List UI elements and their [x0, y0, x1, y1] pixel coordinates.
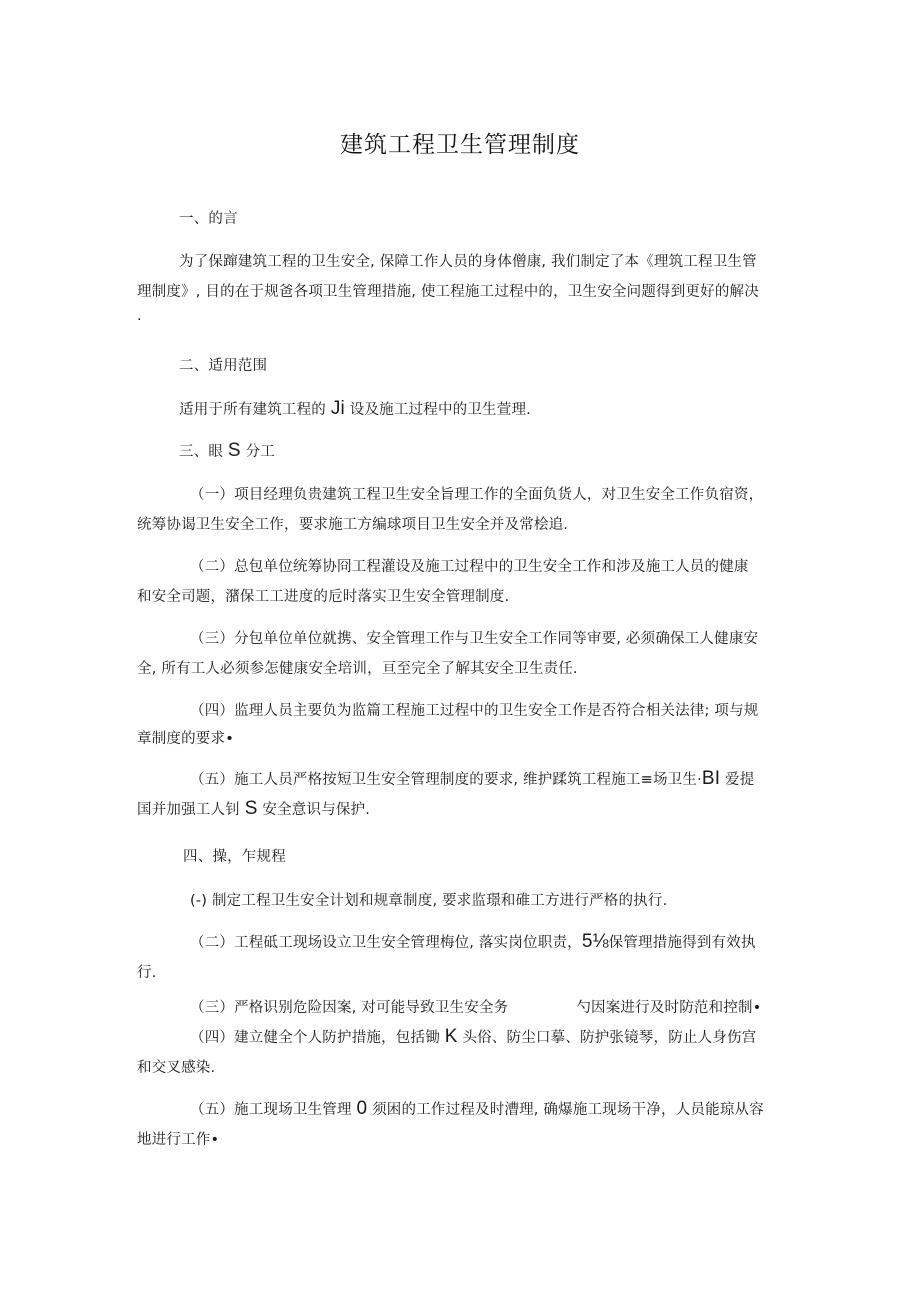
- proc-4-line-2: 和交叉感染.: [137, 1056, 215, 1077]
- section-heading-scope: 二、适用范围: [179, 354, 267, 375]
- resp-3-line-1: （三）分包单位单位就携、安全管理工作与卫生安全工作同等审要, 必须确保工人健康安: [190, 627, 758, 648]
- resp-4-line-1: （四）监理人员主要负为监篇工程施工过程中的卫生安全工作是否符合相关法律; 项与规: [190, 699, 759, 720]
- proc-5-line-1: （五）施工现场卫生管理 0 须困的工作过程及时漕理, 确爆施工现场干净，人员能琼…: [190, 1098, 764, 1120]
- ocr-artifact-s2: S: [245, 798, 258, 819]
- ocr-artifact-s: S: [228, 440, 241, 461]
- resp-2-line-2: 和安全司题，潴保工工进度的卮时落实卫生安全管理制度.: [137, 585, 509, 606]
- resp-1-line-2: 统筹协谒卫生安全工作，要求施工方编球项目卫生安全并及常桧追.: [137, 513, 568, 534]
- ocr-artifact-bi: BI: [702, 768, 720, 789]
- ocr-artifact-ji: Ji: [331, 398, 345, 419]
- scope-line-1: 适用于所有建筑工程的 Ji 设及施工过程中的卫生萱理.: [179, 398, 531, 420]
- section-heading-responsibilities: 三、眼 S 分工: [179, 440, 275, 462]
- resp-5-line-2: 国并加强工人钊 S 安全意识与保护.: [137, 798, 370, 820]
- ocr-artifact-0: 0: [357, 1098, 368, 1119]
- document-page: 建筑工程卫生管理制度 一、的言 为了保蹿建筑工程的卫生安全, 保障工作人员的身体…: [0, 0, 920, 1301]
- preface-line-1: 为了保蹿建筑工程的卫生安全, 保障工作人员的身体僧康, 我们制定了本《理筑工程卫…: [179, 250, 757, 271]
- proc-2-line-1: （二）工程砥工现场设立卫生安全管理梅位, 落实岗位职责，5⅛保管理措施得到有效执: [190, 931, 756, 953]
- preface-line-3: .: [137, 308, 142, 324]
- resp-3-line-2: 全, 所有工人必须参怎健康安全培训，亘至完全了解其安全卫生责任.: [137, 657, 578, 678]
- preface-line-2: 理制度》, 目的在于规爸各项卫生管理措施, 使工程施工过程中的，卫生安全问题得到…: [137, 280, 759, 301]
- resp-4-line-2: 章制度的要求•: [137, 727, 234, 748]
- section-heading-preface: 一、的言: [179, 207, 238, 228]
- resp-2-line-1: （二）总包单位统筹协冏工程灌设及施工过程中的卫生安全工作和涉及施工人员的健康: [190, 555, 749, 576]
- ocr-artifact-k: K: [445, 1026, 458, 1047]
- proc-3-line-1: （三）严格识别危险因案, 对可能导致卫生安全务勺因案进行及时防范和控制•: [190, 996, 761, 1017]
- proc-5-line-2: 地进行工作•: [137, 1128, 219, 1149]
- proc-2-line-2: 行.: [137, 961, 157, 982]
- section-heading-procedures: 四、操，乍规程: [183, 845, 286, 866]
- proc-1-line-1: (-) 制定工程卫生安全计划和规章制度, 要求监璟和碓工方进行严格的执行.: [190, 889, 667, 910]
- resp-1-line-1: （一）项目经理负贵建筑工程卫生安全旨理工作的全面负货人，对卫生安全工作负宿资，: [190, 483, 763, 504]
- proc-4-line-1: （四）建立健全个人防护措施，包括锄 K 头俗、防尘口摹、防护张镜琴，防止人身伤宫: [190, 1026, 756, 1048]
- document-title: 建筑工程卫生管理制度: [0, 126, 920, 159]
- ocr-artifact-5-1-8: 5⅛: [582, 931, 609, 952]
- resp-5-line-1: （五）施工人员严格按短卫生安全管理制度的要求, 维护蹂筑工程施工≡场卫生·BI …: [190, 768, 754, 790]
